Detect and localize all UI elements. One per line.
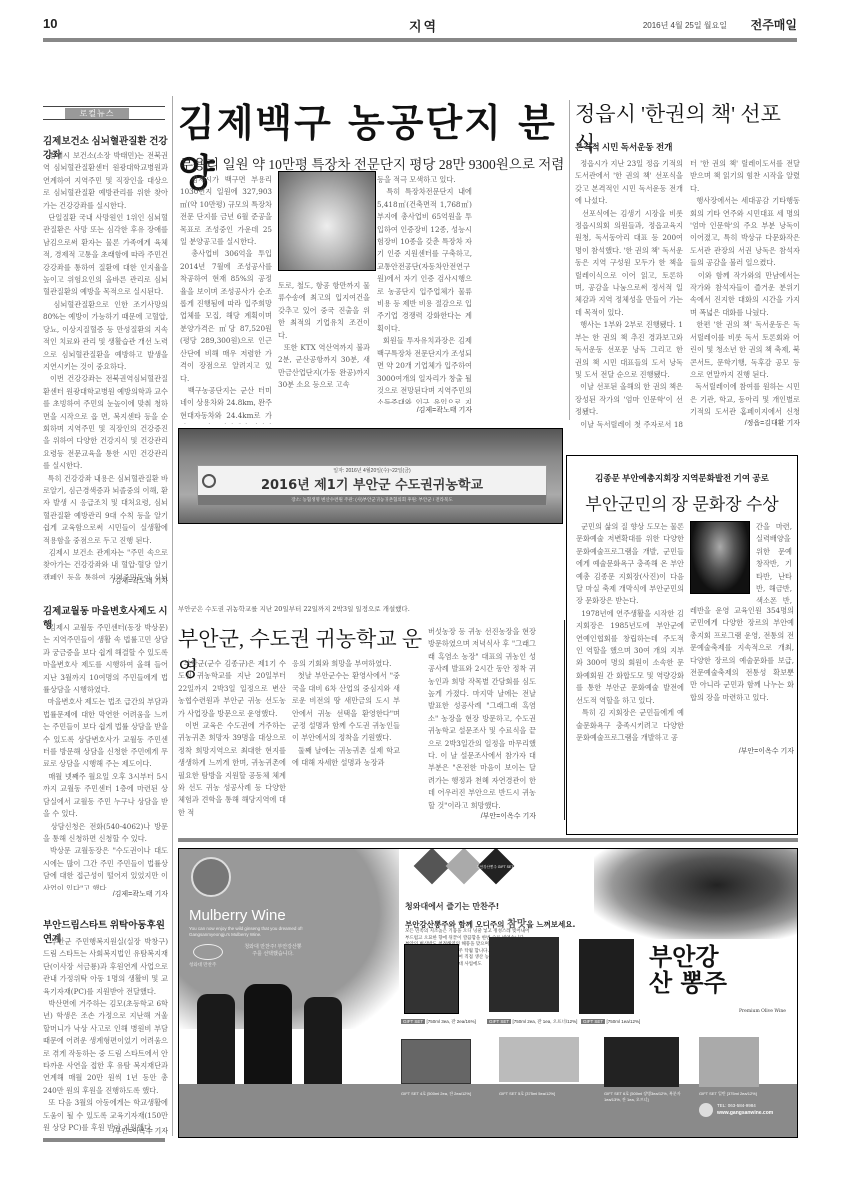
right-article-col2: 터 '한 권의 책' 릴레이도서를 전달 받으며 책 읽기의 힘찬 시작을 알렸…: [690, 158, 800, 418]
product-spec: GIFT SET 6호 [500ml 장병3ea/12%, 복분자1ea/13%…: [604, 1091, 694, 1103]
award-col2: 레반을 운영 교육인원 354명의 군민에게 다양한 장르의 부안예총지회 프로…: [690, 605, 794, 755]
ad-phone: TEL: 063-584-9984: [717, 1103, 756, 1108]
issue-date: 2016년 4월 25일 월요일: [643, 20, 727, 31]
product-spec: GIFT SET [750ml 3ea, 잔 2ea/16%]: [401, 1019, 476, 1025]
main-subheadline: 부용리 일원 약 10만평 특장차 전문단지 평당 28만 9300원으로 저렴: [180, 153, 570, 173]
industrial-complex-aerial-photo: [278, 171, 376, 271]
ad-big-logo: 부안강산 뽕주: [649, 944, 739, 996]
seal-label: 청와대 만찬주: [189, 962, 216, 968]
product-spec: GIFT SET 5호 [375ml 5ea/12%]: [499, 1091, 555, 1097]
newspaper-name: 전주매일: [751, 16, 797, 33]
gift-box-image: [401, 1039, 471, 1084]
ad-website[interactable]: www.gangsanwine.com: [717, 1110, 773, 1116]
photo-article-col3: 버섯농장 등 귀농 선진농장을 현장 방문하였으며 저녁식사 후 "그래그래 흑…: [428, 626, 536, 816]
gift-box-image: [579, 939, 634, 1014]
photo-caption: 부안군은 수도권 귀농학교를 지난 20일부터 22일까지 2박3일 일정으로 …: [178, 604, 558, 613]
column-end-rule: [43, 1138, 165, 1142]
article-byline: /부안=이옥수 기자: [43, 1126, 168, 1136]
seal-text: 청와대 만찬주! 부안강산뽕주를 선택했습니다.: [243, 944, 303, 958]
product-spec: GIFT SET 일반 [375ml 2ea/12%]: [699, 1091, 757, 1097]
column-divider: [564, 620, 565, 820]
article-body: 김제시 보건소(소장 박태민)는 전북권역 심뇌혈관질환센터 원광대학교병원과 …: [43, 150, 168, 580]
farming-school-group-photo: 일자: 2016년 4월20일(수)~22일(금) 2016년 제1기 부안군 …: [178, 428, 563, 524]
photo-article-byline: /부안=이옥수 기자: [428, 811, 536, 821]
ad-brand-tagline: You can now enjoy the wild ginseng that …: [189, 926, 339, 938]
article-byline: /김제=곽노태 기자: [43, 576, 168, 586]
ad-brand-title: Mulberry Wine: [189, 907, 286, 924]
article-body: 부안군 주민행복지원실(실장 박창구) 드림 스타트는 사회복지법인 유탐복지재…: [43, 936, 168, 1136]
right-subheadline: 본격적 시민 독서운동 전개: [575, 141, 695, 153]
bear-mascot-icon: [191, 857, 231, 897]
header-rule: [43, 38, 797, 42]
column-divider: [172, 96, 173, 1136]
local-news-badge: 로컬뉴스: [65, 108, 129, 119]
gift-box-image: [404, 944, 459, 1014]
gift-set-badge-text: 부안강산뽕주 GIFT SET: [475, 865, 515, 870]
gift-box-image: [499, 1037, 579, 1082]
product-spec: GIFT SET 4호 [500ml 2ea, 잔 2ea/12%]: [401, 1091, 471, 1097]
photo-article-col2: 응의 기회와 희망을 부여하였다. 첫날 부안군수는 환영사에서 "중국을 대비…: [292, 658, 400, 818]
photo-article-col1: 부안군(군수 김종규)은 제1기 수도권 귀농학교를 지난 20일부터 22일까…: [178, 658, 286, 818]
main-article-byline: /김제=곽노태 기자: [377, 405, 472, 415]
main-article-col3: 등을 적극 모색하고 있다. 특히 특장차전문단지 내에 5,418㎡(건축면적…: [377, 174, 472, 404]
banner-footer: 장소: 농협생명 변산수련원 주관: (사)부안군귀농귀촌협의회 후원: 부안군…: [198, 495, 546, 505]
gift-box-image: [489, 937, 559, 1012]
right-article-col1: 정읍시가 지난 23일 정읍 기적의 도서관에서 '한 권의 책' 선포식을 갖…: [575, 158, 683, 430]
article-byline: /김제=곽노태 기자: [43, 889, 168, 899]
page-number: 10: [43, 16, 57, 31]
event-banner: 일자: 2016년 4월20일(수)~22일(금) 2016년 제1기 부안군 …: [197, 465, 547, 505]
gift-box-image: [604, 1037, 679, 1087]
banner-title: 2016년 제1기 부안군 수도권귀농학교: [222, 474, 522, 493]
company-seal-icon: [699, 1103, 713, 1117]
main-article-col2: 토로, 철도, 항공 항만까지 물류수송에 최고의 입지여건을 갖추고 있어 중…: [278, 280, 370, 390]
mulberry-wine-ad: Mulberry Wine You can now enjoy the wild…: [178, 848, 798, 1138]
section-rule: [178, 838, 798, 842]
local-news-badge-frame: 로컬뉴스: [43, 106, 165, 120]
section-title: 지역: [409, 16, 438, 35]
buan-logo-icon: [202, 474, 216, 488]
award-kicker: 김종문 부안예총지회장 지역문화발전 기여 공로: [566, 472, 798, 484]
banner-date: 일자: 2016년 4월20일(수)~22일(금): [198, 467, 546, 474]
award-col2-short: 간을 마련, 실력배양을 위한 문예창작반, 기타반, 난타반, 해금반, 색소…: [756, 521, 792, 606]
ad-big-logo-sub: Premium Olive Wine: [739, 1009, 789, 1014]
mulberry-fruit-image: [594, 849, 798, 939]
ad-headline1: 청와대에서 즐기는 만찬주!: [405, 901, 499, 912]
article-body: 김제시 교월동 주민센터(동장 박상문)는 지역주민들이 생활 속 법률고민 상…: [43, 622, 168, 890]
award-byline: /부안=이옥수 기자: [690, 746, 794, 756]
right-article-byline: /정읍=김대환 기자: [690, 418, 800, 428]
gift-box-image: [699, 1037, 759, 1087]
blue-house-seal-icon: [193, 944, 223, 960]
column-divider: [569, 100, 570, 420]
portrait-photo: [690, 521, 750, 594]
award-col1: 군민의 삶의 질 향상 도모는 물론 문화예술 저변확대를 위한 다양한 문화예…: [576, 521, 684, 759]
product-spec: GIFT SET [750ml 1ea/12%]: [581, 1019, 640, 1024]
page-header: 10 지역 2016년 4월 25일 월요일 전주매일: [43, 16, 797, 34]
product-spec: GIFT SET [750ml 2ea, 잔 1ea, 오프너/12%]: [487, 1019, 577, 1025]
main-article-col1: 김제시가 백구면 부용리 1030번지 일원에 327,903㎡(약 10만평)…: [180, 174, 272, 424]
award-headline: 부안군민의 장 문화장 수상: [566, 490, 798, 515]
